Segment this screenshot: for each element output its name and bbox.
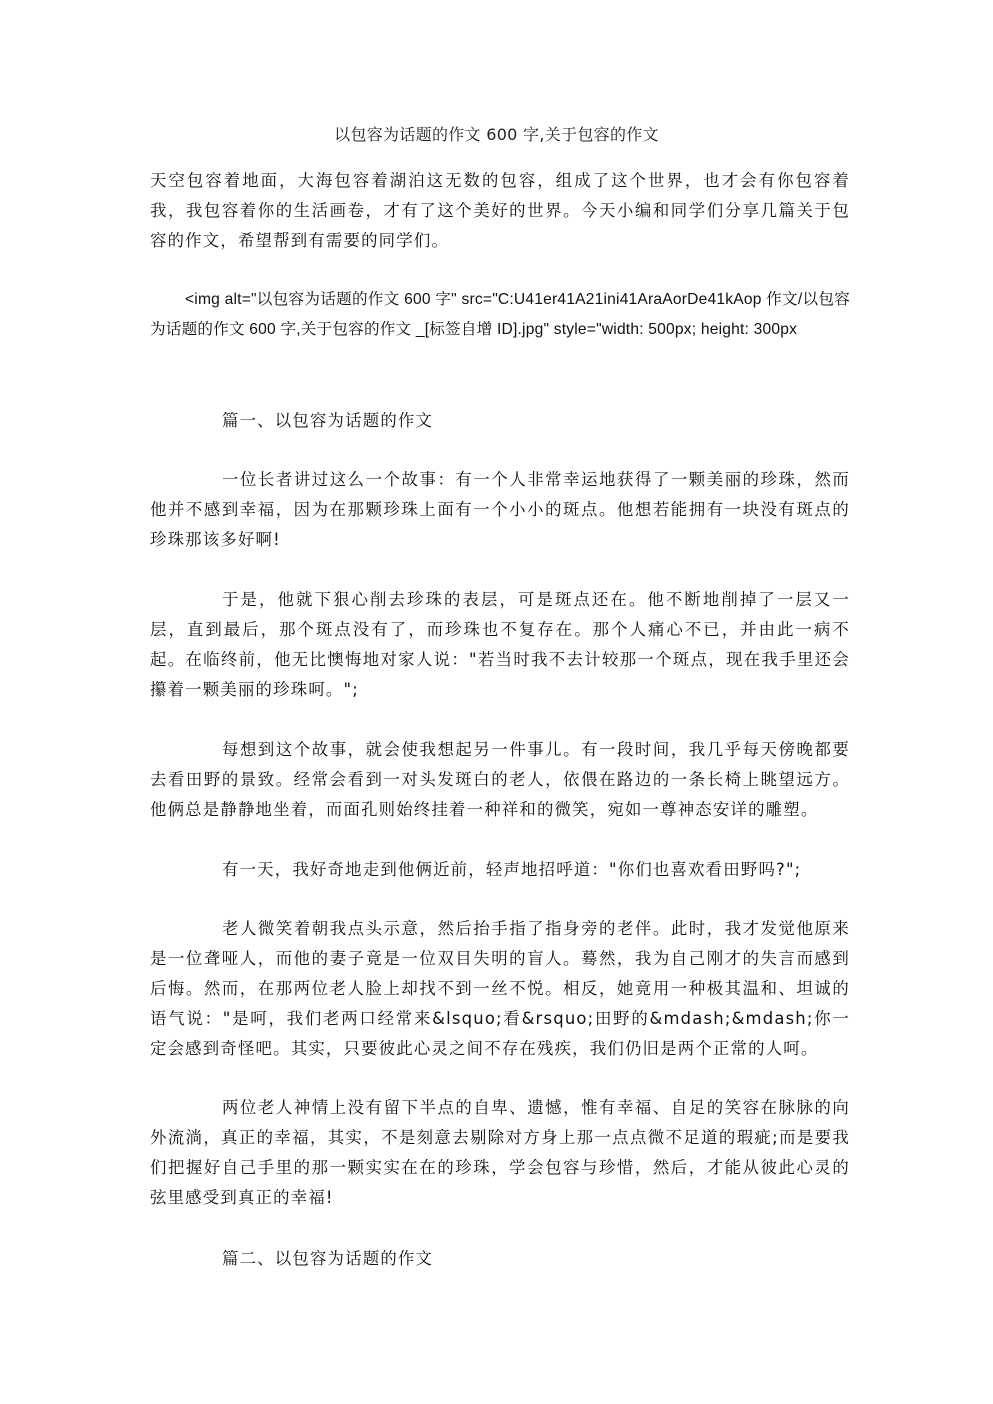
paragraph: 两位老人神情上没有留下半点的自卑、遗憾，惟有幸福、自足的笑容在脉脉的向外流淌，真… bbox=[150, 1093, 850, 1213]
img-code-text: <img alt="以包容为话题的作文 600 字" src="C:U41er4… bbox=[150, 285, 850, 345]
intro-paragraph: 天空包容着地面，大海包容着湖泊这无数的包容，组成了这个世界，也才会有你包容着我，… bbox=[150, 166, 850, 256]
document-title: 以包容为话题的作文 600 字,关于包容的作文 bbox=[0, 123, 993, 147]
paragraph: 有一天，我好奇地走到他俩近前，轻声地招呼道："你们也喜欢看田野吗?"; bbox=[150, 855, 850, 885]
section-heading-2: 篇二、以包容为话题的作文 bbox=[222, 1244, 433, 1274]
section-heading-1: 篇一、以包容为话题的作文 bbox=[222, 406, 433, 436]
paragraph: 老人微笑着朝我点头示意，然后抬手指了指身旁的老伴。此时，我才发觉他原来是一位聋哑… bbox=[150, 914, 850, 1064]
paragraph: 于是，他就下狠心削去珍珠的表层，可是斑点还在。他不断地削掉了一层又一层，直到最后… bbox=[150, 585, 850, 705]
paragraph: 一位长者讲过这么一个故事：有一个人非常幸运地获得了一颗美丽的珍珠，然而他并不感到… bbox=[150, 465, 850, 555]
document-page: 以包容为话题的作文 600 字,关于包容的作文 天空包容着地面，大海包容着湖泊这… bbox=[0, 0, 993, 1404]
paragraph: 每想到这个故事，就会使我想起另一件事儿。有一段时间，我几乎每天傍晚都要去看田野的… bbox=[150, 735, 850, 825]
